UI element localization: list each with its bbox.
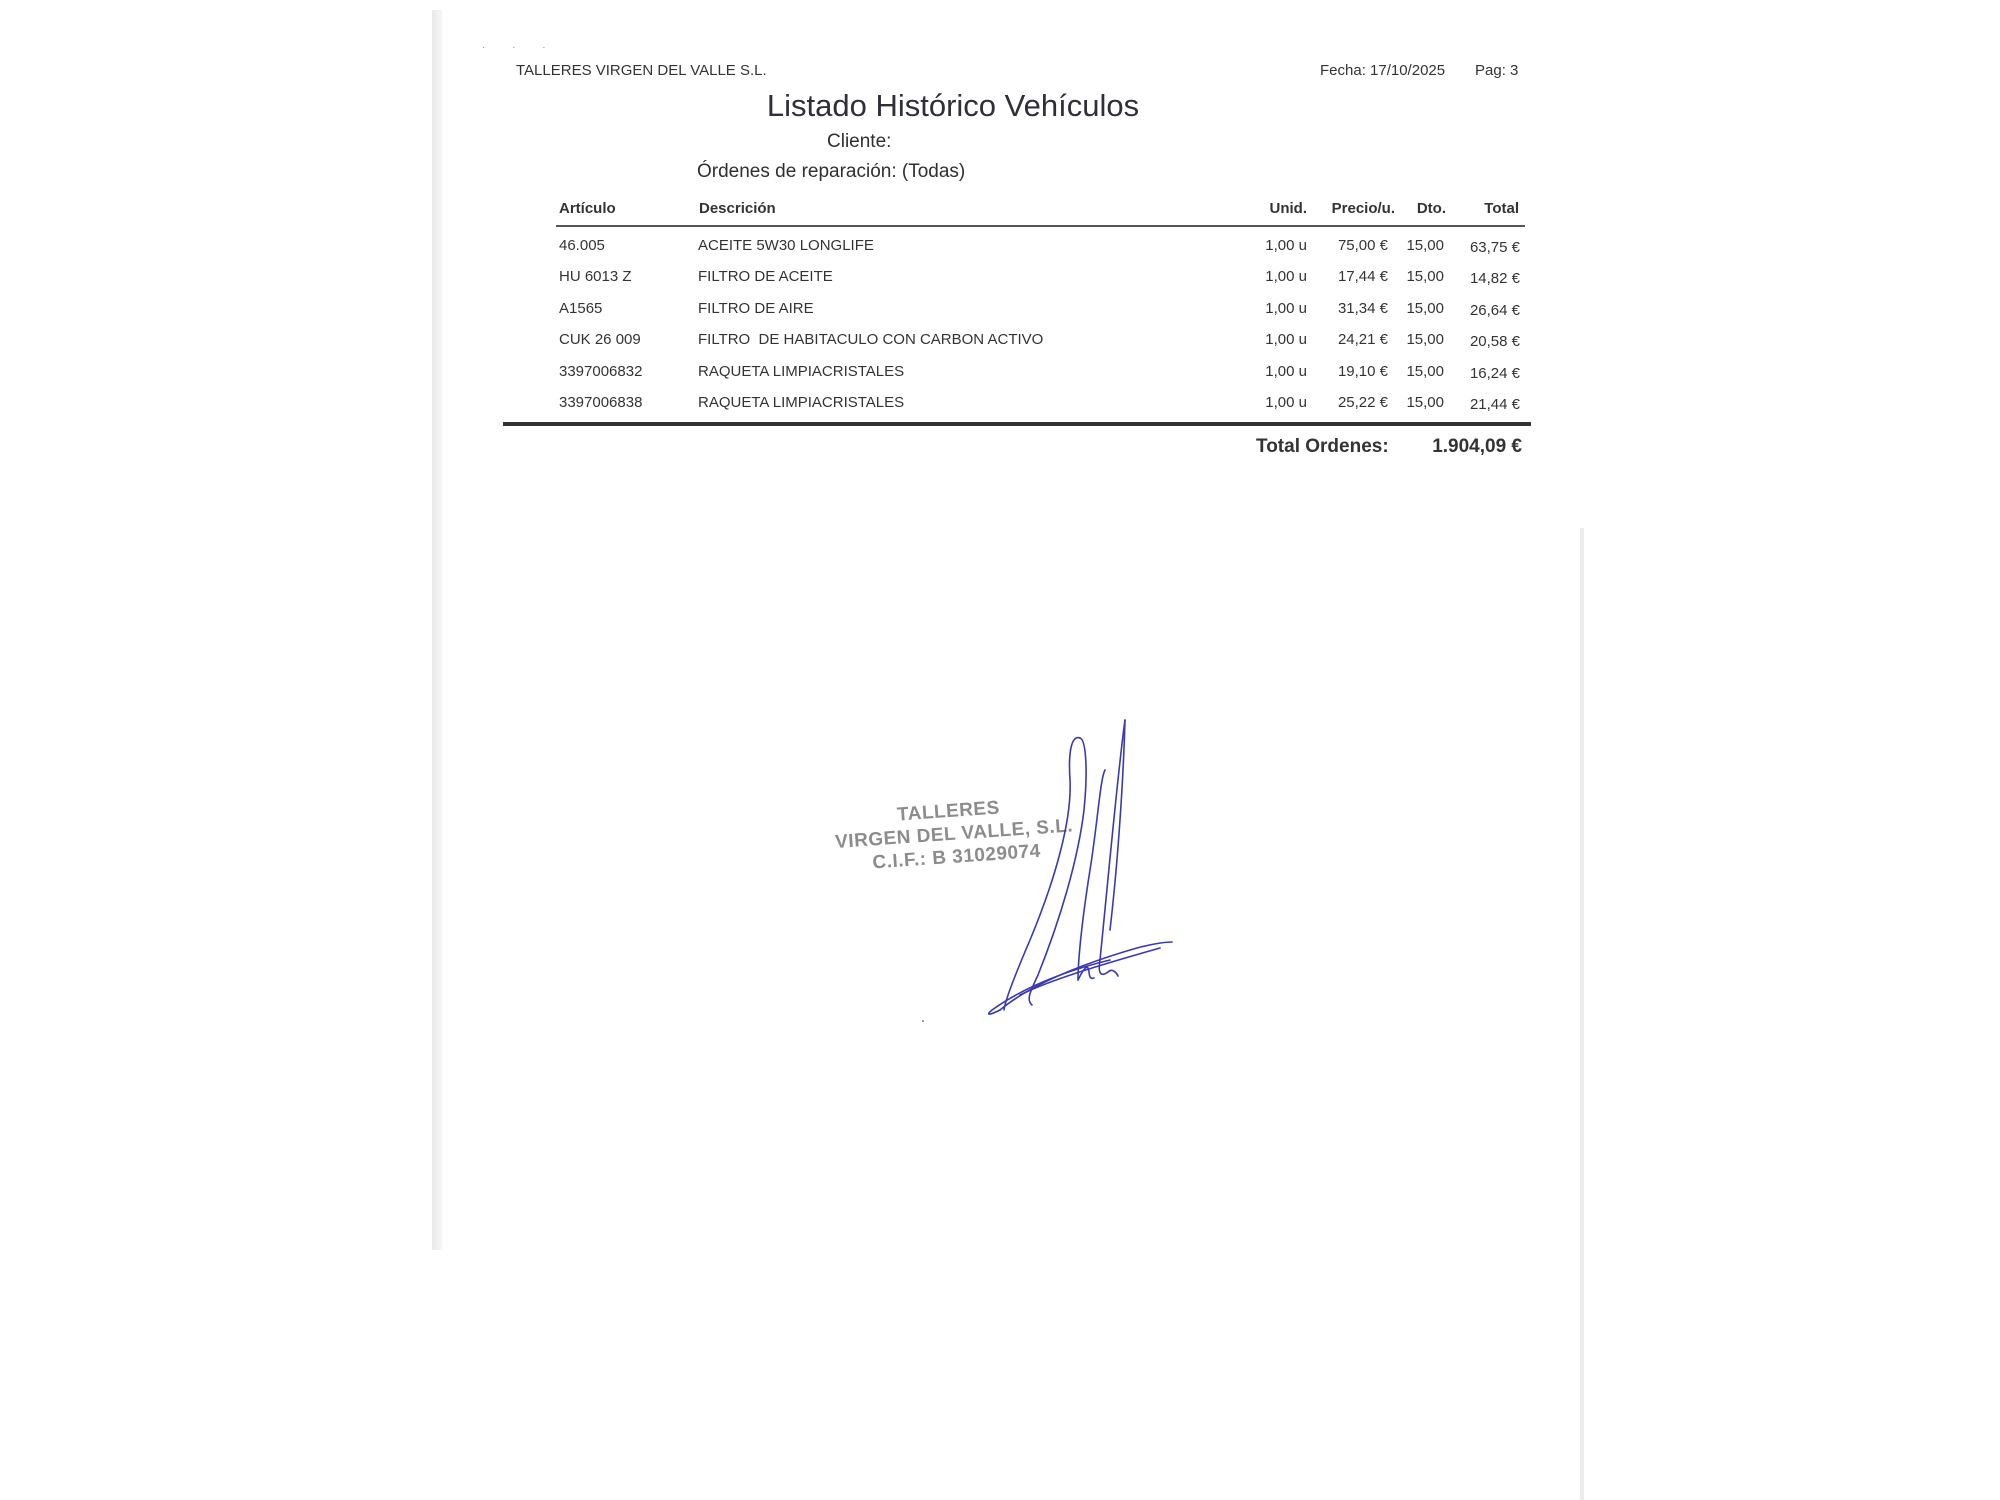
document-title: Listado Histórico Vehículos bbox=[0, 88, 1906, 124]
cell-dto: 15,00 bbox=[1406, 394, 1444, 411]
cell-articulo: 3397006832 bbox=[559, 363, 642, 380]
total-orders-label: Total Ordenes: bbox=[1256, 436, 1389, 458]
cell-dto: 15,00 bbox=[1406, 300, 1444, 317]
cell-total: 16,24 € bbox=[1470, 365, 1520, 382]
cell-precio: 19,10 € bbox=[1338, 363, 1388, 380]
cell-dto: 15,00 bbox=[1406, 363, 1444, 380]
total-orders-value: 1.904,09 € bbox=[1432, 436, 1522, 458]
cell-unid: 1,00 u bbox=[1265, 363, 1307, 380]
scan-page-edge-right bbox=[1580, 528, 1584, 1500]
cell-articulo: 3397006838 bbox=[559, 394, 642, 411]
cell-descripcion: FILTRO DE AIRE bbox=[698, 300, 814, 317]
table-row: HU 6013 ZFILTRO DE ACEITE1,00 u17,44 €15… bbox=[0, 268, 2000, 298]
header-divider bbox=[556, 225, 1525, 227]
cell-total: 63,75 € bbox=[1470, 239, 1520, 256]
table-row: CUK 26 009FILTRO DE HABITACULO CON CARBO… bbox=[0, 331, 2000, 361]
table-row: A1565FILTRO DE AIRE1,00 u31,34 €15,0026,… bbox=[0, 300, 2000, 330]
cell-precio: 17,44 € bbox=[1338, 268, 1388, 285]
scan-page-edge-left bbox=[432, 10, 442, 1250]
document-date: Fecha: 17/10/2025 bbox=[1320, 62, 1445, 79]
cell-unid: 1,00 u bbox=[1265, 331, 1307, 348]
cell-dto: 15,00 bbox=[1406, 331, 1444, 348]
scan-speck bbox=[922, 1020, 924, 1022]
cell-total: 21,44 € bbox=[1470, 396, 1520, 413]
cell-articulo: 46.005 bbox=[559, 237, 605, 254]
cell-precio: 24,21 € bbox=[1338, 331, 1388, 348]
page-number: Pag: 3 bbox=[1475, 62, 1518, 79]
column-header-descripcion: Descrición bbox=[699, 200, 776, 217]
cell-precio: 25,22 € bbox=[1338, 394, 1388, 411]
cell-articulo: HU 6013 Z bbox=[559, 268, 632, 285]
column-header-dto: Dto. bbox=[1417, 200, 1446, 217]
cell-descripcion: FILTRO DE HABITACULO CON CARBON ACTIVO bbox=[698, 331, 1043, 348]
handwritten-signature bbox=[960, 710, 1180, 1030]
cell-articulo: A1565 bbox=[559, 300, 602, 317]
cell-unid: 1,00 u bbox=[1265, 237, 1307, 254]
cell-dto: 15,00 bbox=[1406, 268, 1444, 285]
column-header-precio: Precio/u. bbox=[1332, 200, 1395, 217]
cell-articulo: CUK 26 009 bbox=[559, 331, 641, 348]
scan-specks: · · · bbox=[482, 42, 558, 53]
table-row: 3397006832RAQUETA LIMPIACRISTALES1,00 u1… bbox=[0, 363, 2000, 393]
cell-descripcion: RAQUETA LIMPIACRISTALES bbox=[698, 394, 904, 411]
table-bottom-rule bbox=[503, 422, 1531, 426]
client-label: Cliente: bbox=[827, 131, 891, 153]
company-name: TALLERES VIRGEN DEL VALLE S.L. bbox=[516, 62, 767, 79]
cell-descripcion: RAQUETA LIMPIACRISTALES bbox=[698, 363, 904, 380]
cell-descripcion: FILTRO DE ACEITE bbox=[698, 268, 833, 285]
cell-unid: 1,00 u bbox=[1265, 268, 1307, 285]
table-row: 3397006838RAQUETA LIMPIACRISTALES1,00 u2… bbox=[0, 394, 2000, 424]
column-header-total: Total bbox=[1484, 200, 1519, 217]
orders-filter-label: Órdenes de reparación: (Todas) bbox=[697, 161, 965, 183]
cell-precio: 31,34 € bbox=[1338, 300, 1388, 317]
cell-total: 26,64 € bbox=[1470, 302, 1520, 319]
table-row: 46.005ACEITE 5W30 LONGLIFE1,00 u75,00 €1… bbox=[0, 237, 2000, 267]
cell-total: 20,58 € bbox=[1470, 333, 1520, 350]
column-header-articulo: Artículo bbox=[559, 200, 616, 217]
cell-dto: 15,00 bbox=[1406, 237, 1444, 254]
cell-unid: 1,00 u bbox=[1265, 394, 1307, 411]
cell-unid: 1,00 u bbox=[1265, 300, 1307, 317]
cell-precio: 75,00 € bbox=[1338, 237, 1388, 254]
column-header-unid: Unid. bbox=[1270, 200, 1308, 217]
cell-total: 14,82 € bbox=[1470, 270, 1520, 287]
cell-descripcion: ACEITE 5W30 LONGLIFE bbox=[698, 237, 874, 254]
